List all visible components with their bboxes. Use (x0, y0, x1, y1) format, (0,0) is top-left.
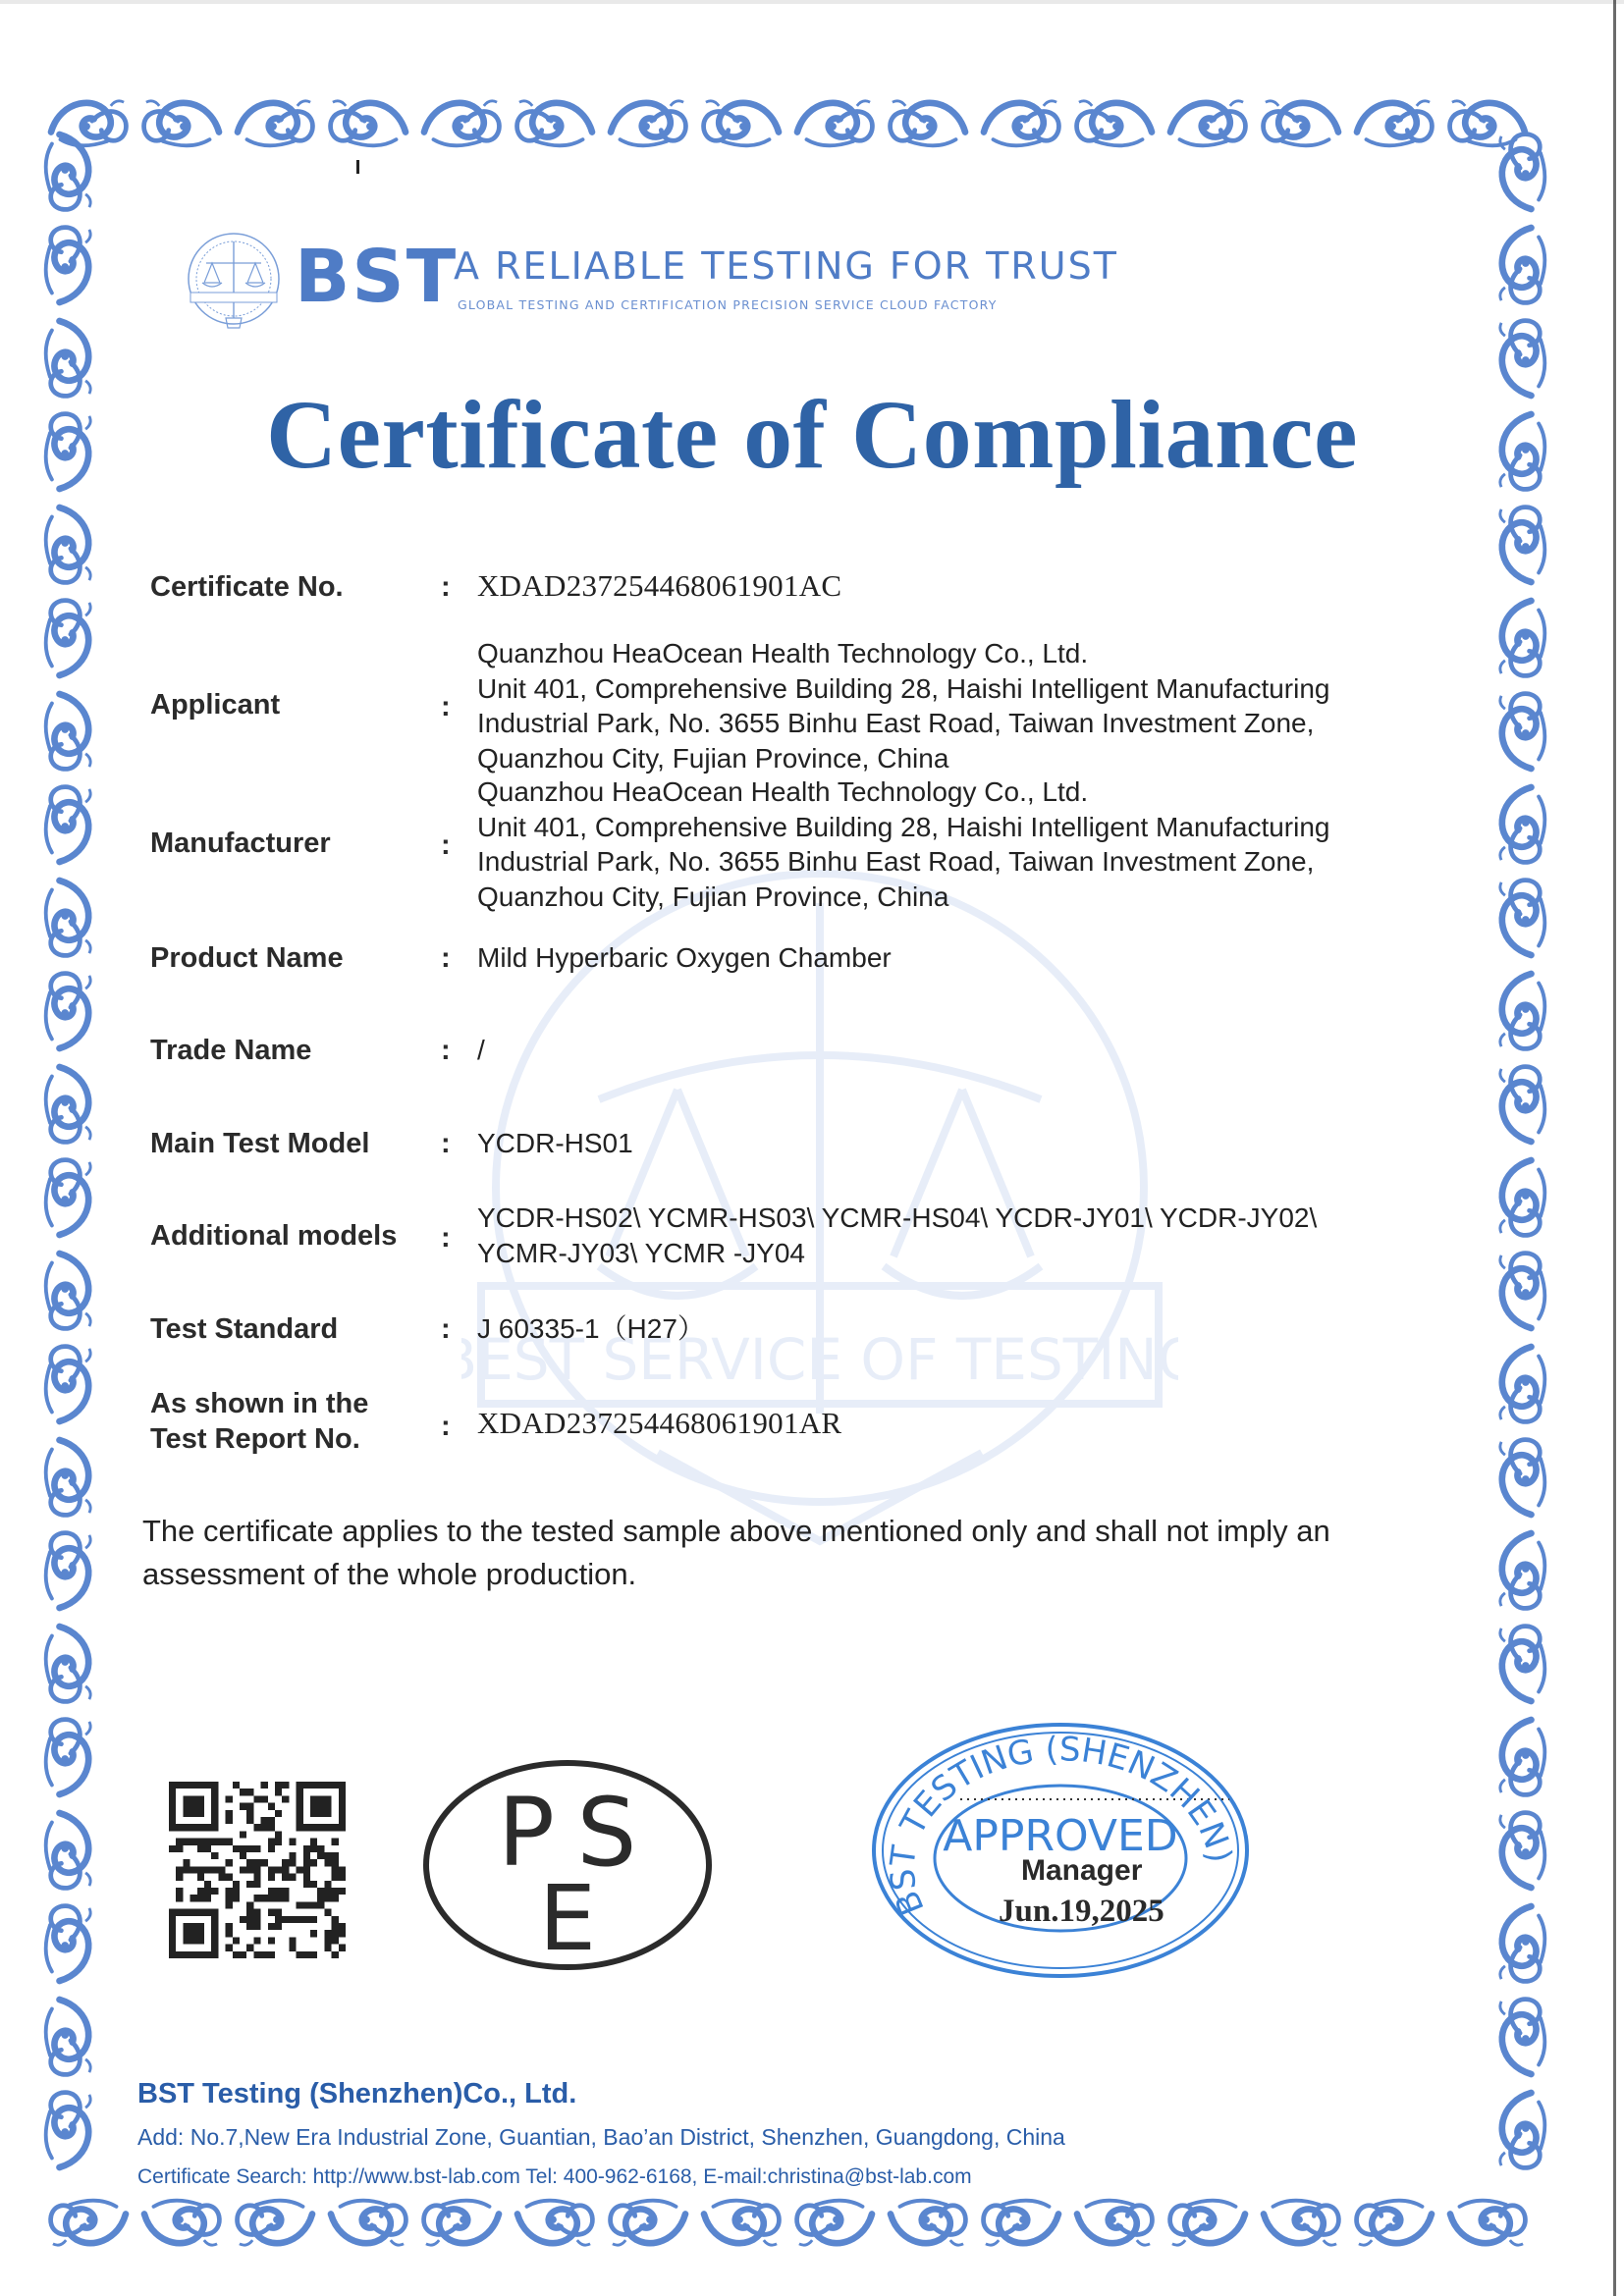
stamp-date: Jun.19,2025 (999, 1894, 1164, 1930)
test-report-label-line2: Test Report No. (150, 1421, 360, 1457)
applicant-line: Quanzhou HeaOcean Health Technology Co.,… (477, 636, 1330, 671)
brand-name: BST (295, 240, 458, 313)
test-report-value: XDAD237254468061901AR (477, 1406, 841, 1441)
stamp-manager-label: Manager (1021, 1854, 1142, 1888)
test-standard-value: J 60335-1（H27） (477, 1311, 705, 1347)
additional-models-line: YCMR-JY03\ YCMR -JY04 (477, 1236, 1317, 1271)
manufacturer-line: Quanzhou HeaOcean Health Technology Co.,… (477, 774, 1330, 810)
test-report-label-line1: As shown in the (150, 1386, 368, 1421)
trade-name-label: Trade Name (150, 1033, 311, 1068)
approved-stamp-icon: BST TESTING (SHENZHEN) CO.,LTD. APPROVED (864, 1713, 1257, 1988)
applicant-line: Unit 401, Comprehensive Building 28, Hai… (477, 671, 1330, 707)
scan-top-edge (0, 0, 1624, 4)
brand-tagline: A RELIABLE TESTING FOR TRUST (454, 246, 1118, 286)
product-name-value: Mild Hyperbaric Oxygen Chamber (477, 940, 892, 976)
colon: : (441, 1311, 451, 1347)
certificate-title: Certificate of Compliance (0, 381, 1624, 489)
applicant-value: Quanzhou HeaOcean Health Technology Co.,… (477, 636, 1330, 775)
manufacturer-label: Manufacturer (150, 826, 331, 861)
scan-right-edge (1613, 0, 1616, 2296)
applicant-label: Applicant (150, 687, 280, 722)
applicant-line: Quanzhou City, Fujian Province, China (477, 741, 1330, 776)
colon: : (441, 1126, 451, 1161)
test-standard-label: Test Standard (150, 1311, 338, 1347)
pse-mark-icon: P S E (420, 1757, 715, 1973)
bst-seal-logo-icon (185, 228, 283, 334)
manufacturer-line: Quanzhou City, Fujian Province, China (477, 880, 1330, 915)
scan-mark (356, 160, 359, 174)
product-name-label: Product Name (150, 940, 344, 976)
qr-code-icon[interactable] (169, 1782, 346, 1958)
manufacturer-value: Quanzhou HeaOcean Health Technology Co.,… (477, 774, 1330, 914)
svg-text:E: E (539, 1866, 596, 1971)
colon: : (441, 940, 451, 976)
colon: : (441, 1220, 451, 1255)
manufacturer-line: Industrial Park, No. 3655 Binhu East Roa… (477, 844, 1330, 880)
additional-models-line: YCDR-HS02\ YCMR-HS03\ YCMR-HS04\ YCDR-JY… (477, 1201, 1317, 1236)
manufacturer-line: Unit 401, Comprehensive Building 28, Hai… (477, 810, 1330, 845)
footer-address: Add: No.7,New Era Industrial Zone, Guant… (137, 2124, 1065, 2151)
certificate-no-label: Certificate No. (150, 569, 344, 605)
statement-text: The certificate applies to the tested sa… (142, 1510, 1399, 1596)
main-test-model-label: Main Test Model (150, 1126, 369, 1161)
additional-models-value: YCDR-HS02\ YCMR-HS03\ YCMR-HS04\ YCDR-JY… (477, 1201, 1317, 1270)
brand-subtitle: GLOBAL TESTING AND CERTIFICATION PRECISI… (458, 297, 998, 312)
main-test-model-value: YCDR-HS01 (477, 1126, 633, 1161)
colon: : (441, 569, 451, 605)
footer-certificate-search[interactable]: Certificate Search: http://www.bst-lab.c… (137, 2165, 972, 2189)
footer-company: BST Testing (Shenzhen)Co., Ltd. (137, 2078, 576, 2110)
colon: : (441, 1409, 451, 1444)
trade-name-value: / (477, 1033, 485, 1068)
colon: : (441, 1033, 451, 1068)
additional-models-label: Additional models (150, 1218, 397, 1254)
applicant-line: Industrial Park, No. 3655 Binhu East Roa… (477, 706, 1330, 741)
colon: : (441, 689, 451, 724)
certificate-no-value: XDAD237254468061901AC (477, 568, 841, 604)
colon: : (441, 828, 451, 863)
